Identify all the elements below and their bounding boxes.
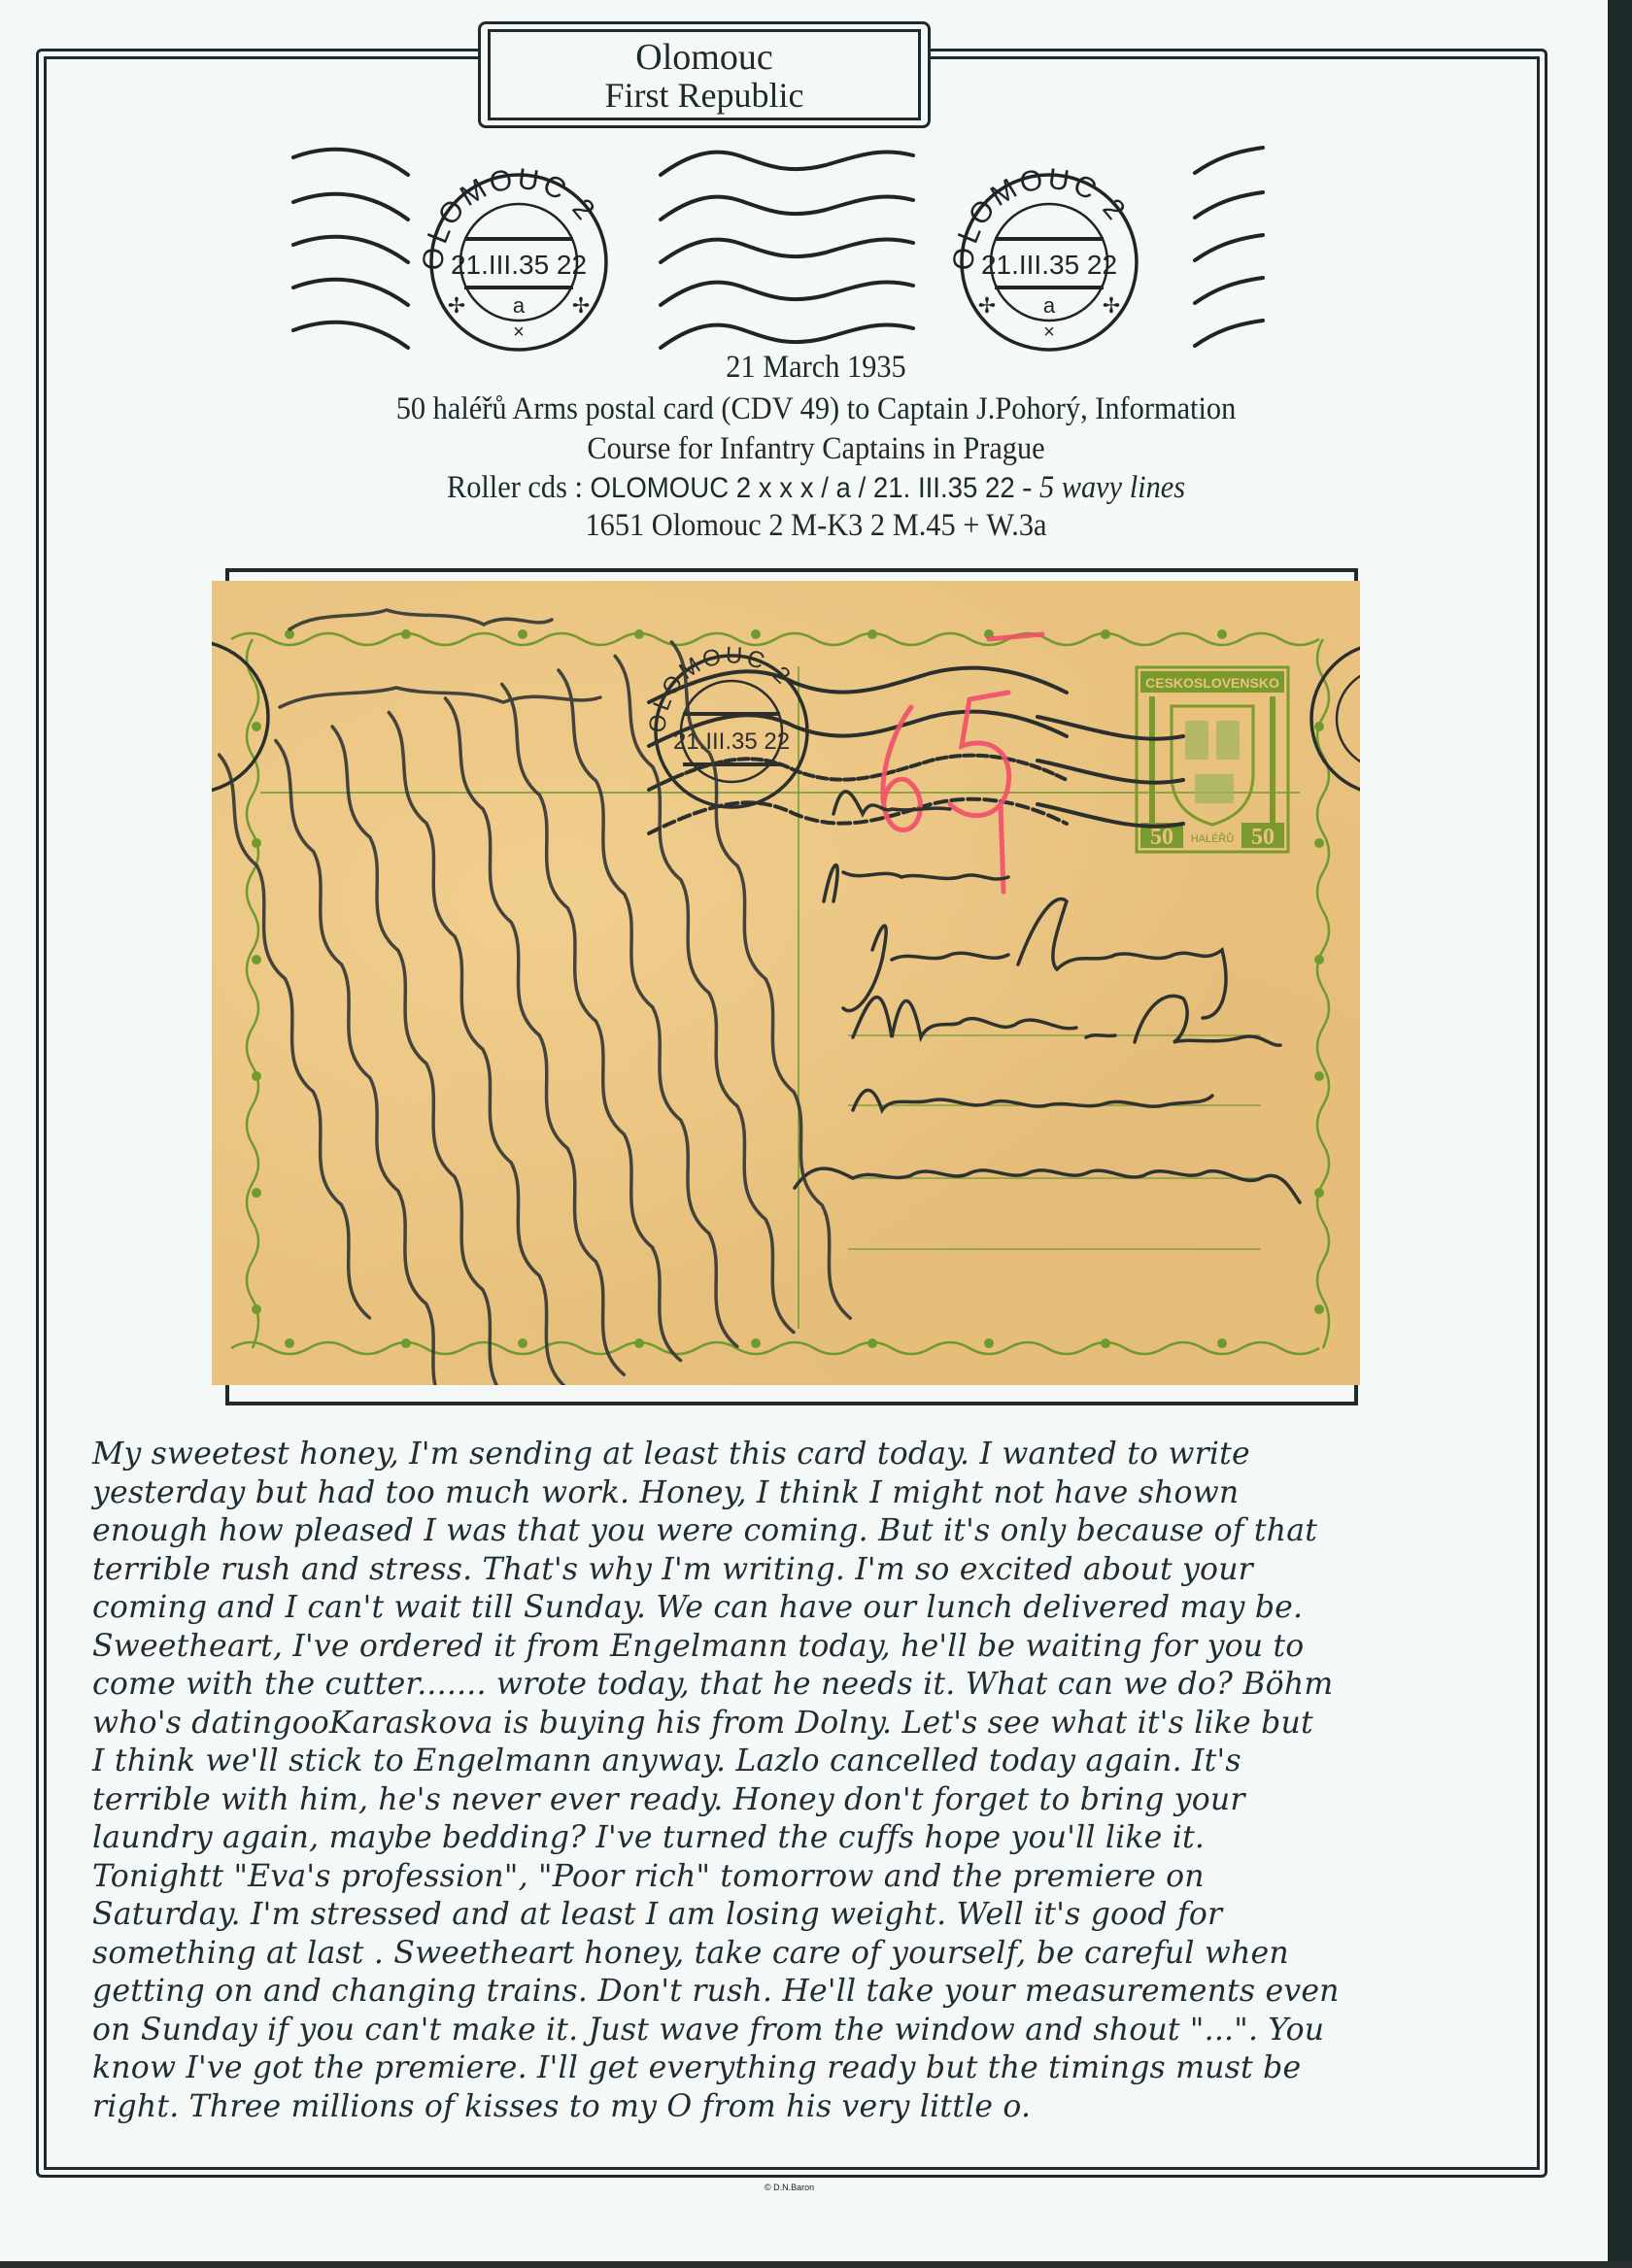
message-handwriting — [218, 610, 852, 1385]
cancel-circle-left: OLOMOUC 2 21.III.35 22 a ✢ ✢ × — [417, 163, 606, 350]
postcard-image: CESKOSLOVENSKO 50 50 HALÉŘŮ — [212, 581, 1360, 1385]
stamp-imprint: CESKOSLOVENSKO 50 50 HALÉŘŮ — [1137, 667, 1288, 852]
svg-text:HALÉŘŮ: HALÉŘŮ — [1191, 832, 1235, 845]
item-description-line1: 50 haléřů Arms postal card (CDV 49) to C… — [65, 391, 1567, 427]
page-title: Olomouc — [491, 38, 918, 77]
svg-text:a: a — [1043, 293, 1056, 318]
svg-text:CESKOSLOVENSKO: CESKOSLOVENSKO — [1145, 675, 1279, 691]
scan-edge-right — [1608, 0, 1632, 2268]
translation-line: terrible rush and stress. That's why I'm… — [92, 1551, 1520, 1590]
ornament-bottom — [231, 1342, 1319, 1354]
translation-line: Saturday. I'm stressed and at least I am… — [92, 1896, 1520, 1935]
ornament-top — [231, 633, 1319, 645]
svg-text:50: 50 — [1150, 825, 1173, 850]
translation-line: who's datingooKaraskova is buying his fr… — [92, 1705, 1520, 1743]
wavy-lines-left — [293, 150, 408, 348]
svg-text:21.III.35 22: 21.III.35 22 — [673, 728, 790, 755]
translation-line: something at last . Sweetheart honey, ta… — [92, 1935, 1520, 1974]
translation-line: right. Three millions of kisses to my O … — [92, 2088, 1520, 2127]
letter-translation: My sweetest honey, I'm sending at least … — [92, 1436, 1520, 2126]
item-description-line2: Course for Infantry Captains in Prague — [65, 431, 1567, 467]
cancel-circle-right: OLOMOUC 2 21.III.35 22 a ✢ ✢ × — [947, 163, 1137, 350]
roller-label: Roller cds : — [447, 470, 591, 505]
catalogue-reference: 1651 Olomouc 2 M-K3 2 M.45 + W.3a — [65, 508, 1567, 544]
translation-line: My sweetest honey, I'm sending at least … — [92, 1436, 1520, 1474]
svg-text:50: 50 — [1251, 825, 1275, 850]
title-box-inner: Olomouc First Republic — [488, 29, 921, 120]
ornament-left — [247, 639, 258, 1348]
svg-text:×: × — [1043, 322, 1055, 343]
svg-text:21.III.35 22: 21.III.35 22 — [451, 250, 587, 280]
translation-line: laundry again, maybe bedding? I've turne… — [92, 1819, 1520, 1858]
card-cds-cancel: OLOMOUC 2 21.III.35 22 — [644, 642, 807, 807]
wavy-lines-middle — [661, 152, 913, 348]
translation-line: Tonightt "Eva's profession", "Poor rich"… — [92, 1858, 1520, 1897]
item-date: 21 March 1935 — [65, 350, 1567, 386]
svg-text:21.III.35 22: 21.III.35 22 — [981, 250, 1117, 280]
translation-line: coming and I can't wait till Sunday. We … — [92, 1589, 1520, 1628]
svg-text:✢: ✢ — [978, 293, 996, 318]
translation-line: getting on and changing trains. Don't ru… — [92, 1973, 1520, 2012]
roller-cancel-illustration: OLOMOUC 2 21.III.35 22 a ✢ ✢ × OLOMOUC 2… — [282, 136, 1273, 369]
wavy-lines-right — [1195, 148, 1263, 346]
translation-line: yesterday but had too much work. Honey, … — [92, 1474, 1520, 1513]
translation-line: on Sunday if you can't make it. Just wav… — [92, 2012, 1520, 2050]
copyright-notice: © D.N.Baron — [765, 2183, 814, 2192]
ornament-right — [1317, 639, 1329, 1348]
translation-line: terrible with him, he's never ever ready… — [92, 1781, 1520, 1820]
translation-line: Sweetheart, I've ordered it from Engelma… — [92, 1628, 1520, 1667]
svg-text:a: a — [513, 293, 526, 318]
roller-value: OLOMOUC 2 x x x / a / 21. III.35 22 — [591, 472, 1015, 504]
roller-cds-line: Roller cds : OLOMOUC 2 x x x / a / 21. I… — [65, 470, 1567, 506]
scan-edge-bottom — [0, 2261, 1632, 2268]
svg-text:✢: ✢ — [572, 293, 590, 318]
svg-text:✢: ✢ — [448, 293, 465, 318]
roller-note: - 5 wavy lines — [1015, 470, 1185, 505]
translation-line: I think we'll stick to Engelmann anyway.… — [92, 1743, 1520, 1781]
svg-text:×: × — [513, 322, 525, 343]
page-subtitle: First Republic — [491, 77, 918, 114]
translation-line: know I've got the premiere. I'll get eve… — [92, 2049, 1520, 2088]
svg-text:✢: ✢ — [1103, 293, 1120, 318]
translation-line: come with the cutter....... wrote today,… — [92, 1666, 1520, 1705]
translation-line: enough how pleased I was that you were c… — [92, 1512, 1520, 1551]
